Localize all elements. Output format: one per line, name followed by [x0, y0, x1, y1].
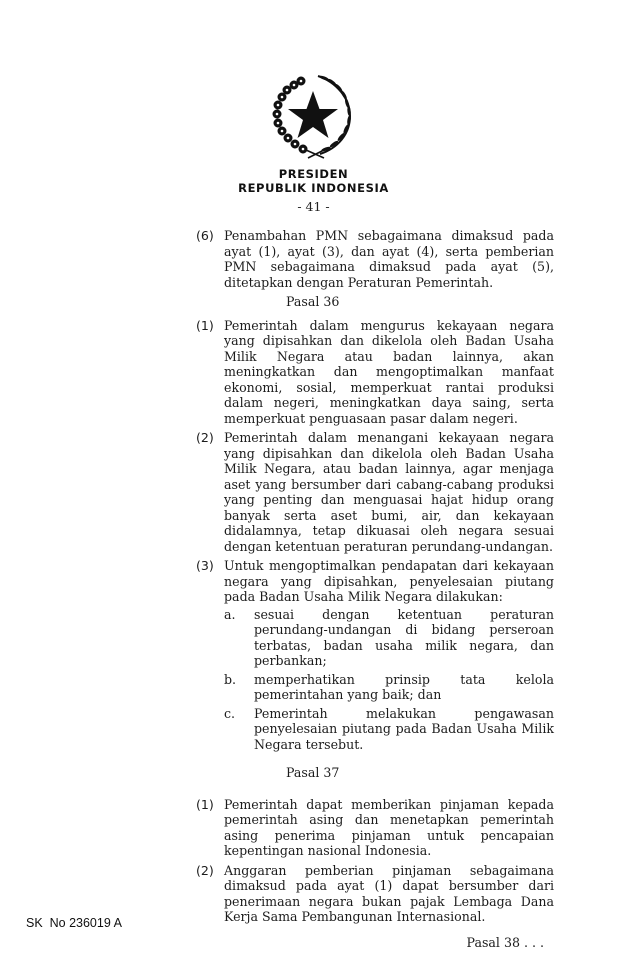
list-item-c: c. Pemerintah melakukan pengawasan penye…: [224, 706, 554, 753]
pasal-37-ayat-2: (2) Anggaran pemberian pinjaman sebagaim…: [196, 863, 554, 925]
pasal-36-heading: Pasal 36: [196, 294, 554, 310]
header-title-republik: REPUBLIK INDONESIA: [0, 181, 627, 195]
ayat-number: (6): [196, 228, 224, 290]
pasal-37-ayat-1: (1) Pemerintah dapat memberikan pinjaman…: [196, 797, 554, 859]
ayat-text: Untuk mengoptimalkan pendapatan dari kek…: [224, 558, 554, 605]
sk-number: SK No 236019 A: [26, 916, 122, 930]
list-item-a: a. sesuai dengan ketentuan peraturan per…: [224, 607, 554, 669]
document-page: PRESIDEN REPUBLIK INDONESIA - 41 - (6) P…: [0, 0, 627, 960]
pasal-36-ayat-3: (3) Untuk mengoptimalkan pendapatan dari…: [196, 558, 554, 755]
presidential-emblem-icon: [268, 72, 358, 160]
pasal-36-ayat-1: (1) Pemerintah dalam mengurus kekayaan n…: [196, 318, 554, 427]
ayat-6: (6) Penambahan PMN sebagaimana dimaksud …: [196, 228, 554, 290]
ayat-text: Anggaran pemberian pinjaman sebagaimana …: [224, 863, 554, 925]
list-text: sesuai dengan ketentuan peraturan perund…: [254, 607, 554, 669]
page-number: - 41 -: [0, 199, 627, 214]
list-letter: c.: [224, 706, 254, 753]
continuation-note: Pasal 38 . . .: [196, 935, 554, 951]
ayat-text: Penambahan PMN sebagaimana dimaksud pada…: [224, 228, 554, 290]
list-letter: a.: [224, 607, 254, 669]
ayat-number: (1): [196, 797, 224, 859]
pasal-37-heading: Pasal 37: [196, 765, 554, 781]
list-letter: b.: [224, 672, 254, 703]
ayat-number: (2): [196, 430, 224, 554]
ayat-text: Pemerintah dalam mengurus kekayaan negar…: [224, 318, 554, 427]
list-text: Pemerintah melakukan pengawasan penyeles…: [254, 706, 554, 753]
ayat-number: (2): [196, 863, 224, 925]
list-text: memperhatikan prinsip tata kelola pemeri…: [254, 672, 554, 703]
ayat-text: Pemerintah dalam menangani kekayaan nega…: [224, 430, 554, 554]
pasal-36-ayat-2: (2) Pemerintah dalam menangani kekayaan …: [196, 430, 554, 554]
list-item-b: b. memperhatikan prinsip tata kelola pem…: [224, 672, 554, 703]
ayat-number: (1): [196, 318, 224, 427]
ayat-number: (3): [196, 558, 224, 755]
document-body: (6) Penambahan PMN sebagaimana dimaksud …: [196, 228, 554, 950]
sk-number-text: SK No 236019 A: [26, 916, 122, 930]
ayat-text: Pemerintah dapat memberikan pinjaman kep…: [224, 797, 554, 859]
header-title-presiden: PRESIDEN: [0, 167, 627, 181]
